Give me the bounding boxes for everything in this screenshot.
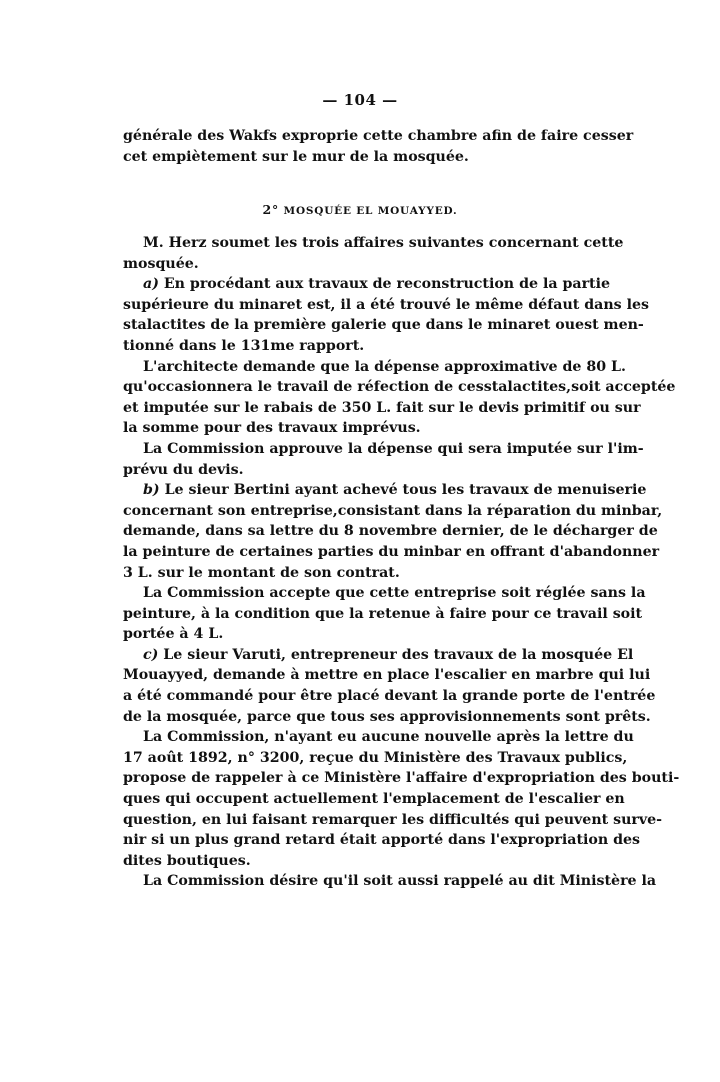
text-line: La Commission désire qu'il soit aussi ra… — [123, 871, 607, 892]
text-line: La Commission accepte que cette entrepri… — [123, 583, 607, 604]
list-marker: a) — [143, 276, 159, 292]
text-line: La Commission, n'ayant eu aucune nouvell… — [123, 727, 607, 748]
section-title: MOSQUÉE EL MOUAYYED. — [284, 205, 458, 217]
line-text: En procédant aux travaux de reconstructi… — [159, 276, 610, 292]
text-line: a) En procédant aux travaux de reconstru… — [123, 274, 607, 295]
text-line: b) Le sieur Bertini ayant achevé tous le… — [123, 480, 607, 501]
text-line: peinture, à la condition que la retenue … — [123, 604, 607, 625]
paragraph: b) Le sieur Bertini ayant achevé tous le… — [123, 480, 607, 583]
intro-paragraph: générale des Wakfs exproprie cette chamb… — [123, 126, 607, 167]
text-line: et imputée sur le rabais de 350 L. fait … — [123, 398, 607, 419]
text-line: mosquée. — [123, 254, 607, 275]
text-line: prévu du devis. — [123, 460, 607, 481]
document-page: — 104 — générale des Wakfs exproprie cet… — [0, 0, 720, 1082]
text-line: La Commission approuve la dépense qui se… — [123, 439, 607, 460]
body-text: M. Herz soumet les trois affaires suivan… — [123, 233, 607, 892]
text-line: portée à 4 L. — [123, 624, 607, 645]
section-heading: 2° MOSQUÉE EL MOUAYYED. — [0, 202, 720, 217]
text-line: de la mosquée, parce que tous ses approv… — [123, 707, 607, 728]
line-text: Le sieur Varuti, entrepreneur des travau… — [158, 647, 633, 663]
paragraph: La Commission, n'ayant eu aucune nouvell… — [123, 727, 607, 871]
text-line: 17 août 1892, n° 3200, reçue du Ministèr… — [123, 748, 607, 769]
text-line: générale des Wakfs exproprie cette chamb… — [123, 126, 607, 147]
text-line: stalactites de la première galerie que d… — [123, 315, 607, 336]
section-number: 2° — [263, 202, 280, 217]
text-line: nir si un plus grand retard était apport… — [123, 830, 607, 851]
text-line: question, en lui faisant remarquer les d… — [123, 810, 607, 831]
paragraph: La Commission approuve la dépense qui se… — [123, 439, 607, 480]
paragraph: La Commission désire qu'il soit aussi ra… — [123, 871, 607, 892]
paragraph: L'architecte demande que la dépense appr… — [123, 357, 607, 439]
text-line: ques qui occupent actuellement l'emplace… — [123, 789, 607, 810]
text-line: supérieure du minaret est, il a été trou… — [123, 295, 607, 316]
text-line: Mouayyed, demande à mettre en place l'es… — [123, 665, 607, 686]
paragraph: c) Le sieur Varuti, entrepreneur des tra… — [123, 645, 607, 727]
paragraph: La Commission accepte que cette entrepri… — [123, 583, 607, 645]
list-marker: b) — [143, 482, 160, 498]
text-line: M. Herz soumet les trois affaires suivan… — [123, 233, 607, 254]
text-line: qu'occasionnera le travail de réfection … — [123, 377, 607, 398]
paragraph: a) En procédant aux travaux de reconstru… — [123, 274, 607, 356]
text-line: tionné dans le 131me rapport. — [123, 336, 607, 357]
paragraph: M. Herz soumet les trois affaires suivan… — [123, 233, 607, 274]
text-line: propose de rappeler à ce Ministère l'aff… — [123, 768, 607, 789]
text-line: 3 L. sur le montant de son contrat. — [123, 563, 607, 584]
list-marker: c) — [143, 647, 158, 663]
line-text: Le sieur Bertini ayant achevé tous les t… — [160, 482, 647, 498]
text-line: demande, dans sa lettre du 8 novembre de… — [123, 521, 607, 542]
text-line: c) Le sieur Varuti, entrepreneur des tra… — [123, 645, 607, 666]
text-line: dites boutiques. — [123, 851, 607, 872]
text-line: cet empiètement sur le mur de la mosquée… — [123, 147, 607, 168]
text-line: L'architecte demande que la dépense appr… — [123, 357, 607, 378]
text-line: la somme pour des travaux imprévus. — [123, 418, 607, 439]
text-line: a été commandé pour être placé devant la… — [123, 686, 607, 707]
text-line: la peinture de certaines parties du minb… — [123, 542, 607, 563]
text-line: concernant son entreprise,consistant dan… — [123, 501, 607, 522]
page-number: — 104 — — [0, 91, 720, 109]
